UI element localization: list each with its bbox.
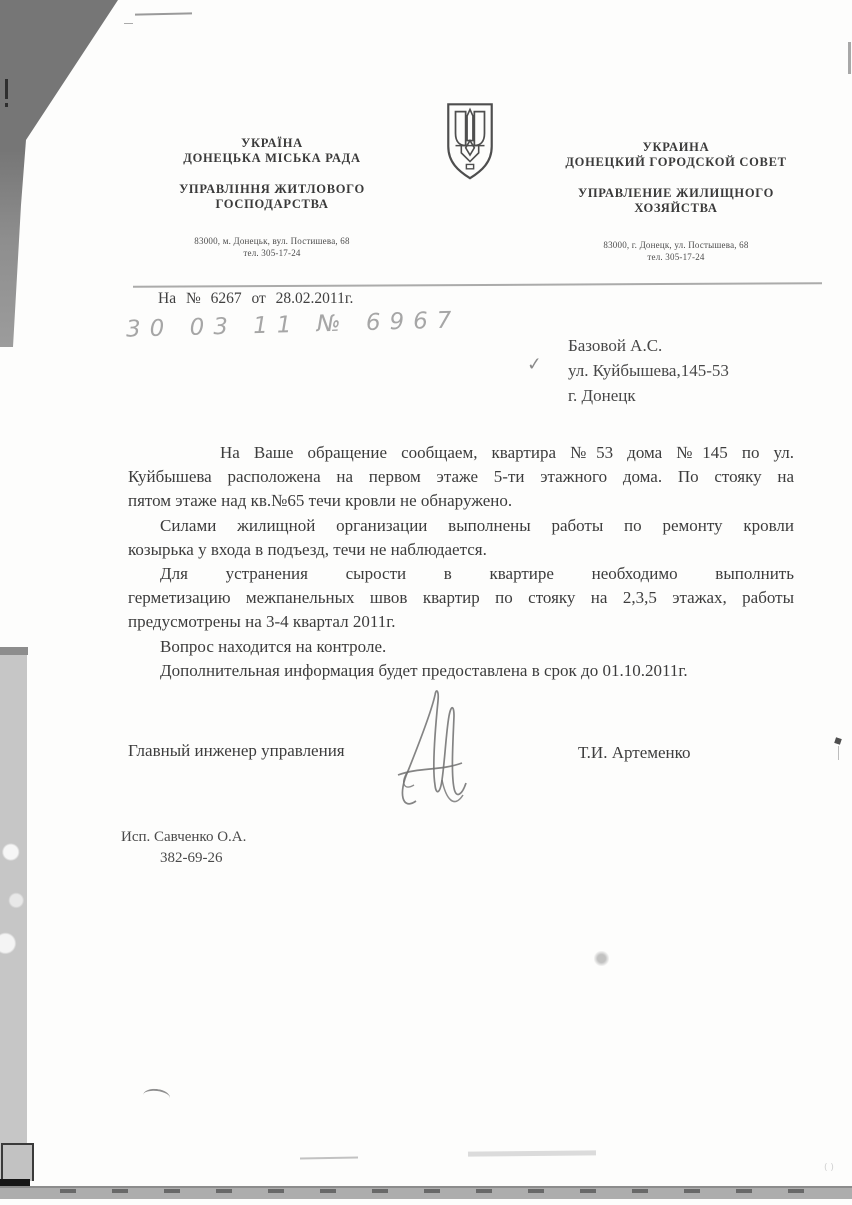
scan-artifact-bottom-band-dashes [60, 1189, 820, 1193]
ukraine-trident-emblem-icon [433, 100, 507, 184]
body-line: предусмотрены на 3-4 квартал 2011г. [128, 610, 794, 634]
body-line: козырька у входа в подъезд, течи не набл… [128, 538, 794, 562]
scan-artifact-faint-dash [300, 1156, 358, 1159]
body-line: Для устранения сырости в квартире необхо… [128, 562, 794, 586]
checkmark-icon: ✓ [526, 353, 543, 375]
scan-artifact-corner-mark: ( ) [824, 1163, 840, 1173]
body-line: На Ваше обращение сообщаем, квартира №53… [128, 441, 794, 465]
scanned-letter-page: УКРАЇНА ДОНЕЦЬКА МІСЬКА РАДА УПРАВЛІННЯ … [0, 0, 852, 1205]
org-phone-uk: тел. 305-17-24 [138, 248, 406, 260]
body-line: Вопрос находится на контроле. [128, 635, 794, 659]
executor-name: Исп. Савченко О.А. [121, 829, 246, 846]
scan-artifact-exclamation-dot [5, 103, 8, 107]
org-address-ru: 83000, г. Донецк, ул. Постышева, 68 [536, 240, 816, 252]
body-line: герметизацию межпанельных швов квартир п… [128, 586, 794, 610]
scan-artifact-pen-arc [142, 1087, 171, 1105]
org-country-uk: УКРАЇНА [138, 136, 406, 151]
scan-artifact-speck-tail [838, 746, 839, 760]
executor-phone: 382-69-26 [160, 850, 223, 867]
org-department-uk-line2: ГОСПОДАРСТВА [138, 197, 406, 212]
signatory-name: Т.И. Артеменко [578, 743, 691, 763]
scan-artifact-left-band [0, 648, 27, 1185]
body-line: Куйбышева расположена на первом этаже 5-… [128, 465, 794, 489]
addressee-city: г. Донецк [568, 383, 729, 408]
org-department-ru-line1: УПРАВЛЕНИЕ ЖИЛИЩНОГО [536, 186, 816, 201]
addressee-name: Базовой А.С. [568, 333, 729, 358]
letterhead-russian-block: УКРАИНА ДОНЕЦКИЙ ГОРОДСКОЙ СОВЕТ УПРАВЛЕ… [536, 140, 816, 263]
letter-body: На Ваше обращение сообщаем, квартира №53… [128, 441, 794, 683]
org-phone-ru: тел. 305-17-24 [536, 252, 816, 264]
handwritten-registration-note: 30 03 11 № 6967 [126, 307, 461, 342]
scan-artifact-bottom-left-box [1, 1143, 34, 1181]
org-council-uk: ДОНЕЦЬКА МІСЬКА РАДА [138, 151, 406, 166]
org-department-ru-line2: ХОЗЯЙСТВА [536, 201, 816, 216]
signature-scribble [388, 685, 480, 809]
scan-artifact-speck [834, 737, 842, 745]
scan-artifact-pen-dash [124, 23, 133, 24]
body-line: Силами жилищной организации выполнены ра… [128, 514, 794, 538]
org-country-ru: УКРАИНА [536, 140, 816, 155]
letterhead-divider-rule [133, 282, 822, 288]
signatory-position: Главный инженер управления [128, 741, 345, 761]
body-line: Дополнительная информация будет предоста… [128, 659, 794, 683]
scan-artifact-pen-line [135, 12, 192, 15]
scan-artifact-bottom-left-bar [0, 1179, 30, 1186]
scan-artifact-corner-fold [0, 0, 126, 348]
addressee-block: Базовой А.С. ул. Куйбышева,145-53 г. Дон… [568, 333, 729, 408]
scan-artifact-left-band-cap [0, 647, 28, 655]
org-department-uk-line1: УПРАВЛІННЯ ЖИТЛОВОГО [138, 182, 406, 197]
org-address-uk: 83000, м. Донецьк, вул. Постишева, 68 [138, 236, 406, 248]
addressee-street: ул. Куйбышева,145-53 [568, 358, 729, 383]
scan-artifact-exclamation-bar [5, 79, 8, 99]
scan-artifact-right-edge-tick [848, 42, 851, 74]
scan-artifact-smudge [594, 951, 609, 966]
letterhead-ukrainian-block: УКРАЇНА ДОНЕЦЬКА МІСЬКА РАДА УПРАВЛІННЯ … [138, 136, 406, 259]
org-council-ru: ДОНЕЦКИЙ ГОРОДСКОЙ СОВЕТ [536, 155, 816, 170]
body-line: пятом этаже над кв.№65 течи кровли не об… [128, 489, 794, 513]
scan-artifact-faint-dash [468, 1150, 596, 1156]
reference-number-line: На № 6267 от 28.02.2011г. [158, 290, 353, 308]
